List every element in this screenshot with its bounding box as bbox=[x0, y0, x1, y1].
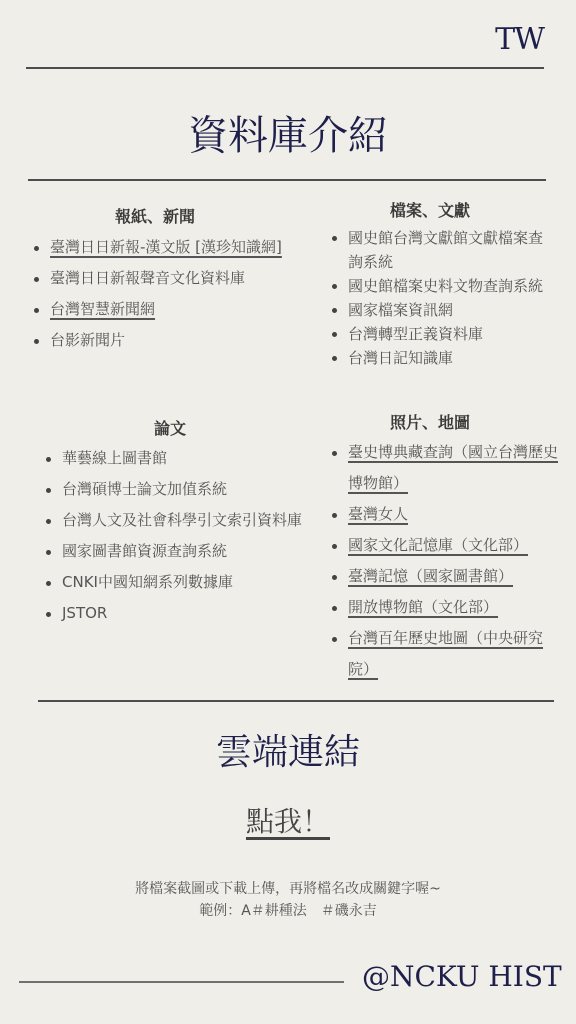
section-heading-newspapers: 報紙、新聞 bbox=[60, 204, 250, 227]
divider-cloud bbox=[38, 700, 554, 702]
list-item: 台灣轉型正義資料庫 bbox=[330, 322, 550, 346]
upload-note: 將檔案截圖或下載上傳，再將檔名改成關鍵字喔~ 範例：A＃耕種法 ＃磯永吉 bbox=[0, 878, 576, 922]
list-item: 台影新聞片 bbox=[32, 325, 302, 356]
cloud-title: 雲端連結 bbox=[0, 724, 576, 775]
list-item: 台灣日記知識庫 bbox=[330, 346, 550, 370]
list-item[interactable]: 臺灣日日新報-漢文版 [漢珍知識網] bbox=[32, 232, 302, 263]
list-item: 國史館檔案史料文物查詢系統 bbox=[330, 274, 550, 298]
link-taiwan-historical-maps[interactable]: 台灣百年歷史地圖（中央研究院） bbox=[348, 629, 543, 678]
list-item: 國史館台灣文獻館文獻檔案查詢系統 bbox=[330, 226, 550, 274]
link-taiwan-women[interactable]: 臺灣女人 bbox=[348, 505, 408, 523]
item-label: 臺灣日日新報聲音文化資料庫 bbox=[50, 269, 245, 287]
item-label: 國史館檔案史料文物查詢系統 bbox=[348, 277, 543, 295]
list-item[interactable]: 國家文化記憶庫（文化部） bbox=[330, 530, 564, 561]
list-item[interactable]: 台灣智慧新聞網 bbox=[32, 294, 302, 325]
link-open-museum[interactable]: 開放博物館（文化部） bbox=[348, 598, 498, 616]
list-item: 臺灣日日新報聲音文化資料庫 bbox=[32, 263, 302, 294]
item-label: JSTOR bbox=[62, 604, 107, 622]
list-item: 國家圖書館資源查詢系統 bbox=[44, 536, 304, 567]
section-heading-photos-maps: 照片、地圖 bbox=[340, 410, 520, 433]
list-item: 台灣人文及社會科學引文索引資料庫 bbox=[44, 505, 304, 536]
list-item[interactable]: 臺灣記憶（國家圖書館） bbox=[330, 561, 564, 592]
section-heading-archives: 檔案、文獻 bbox=[340, 198, 520, 221]
link-nmth-collection[interactable]: 臺史博典藏查詢（國立台灣歷史博物館） bbox=[348, 443, 558, 492]
item-label: CNKI中國知網系列數據庫 bbox=[62, 573, 233, 591]
footer-handle: @NCKU HIST bbox=[362, 960, 562, 993]
list-item[interactable]: 臺史博典藏查詢（國立台灣歷史博物館） bbox=[330, 437, 564, 499]
upload-note-line-1: 將檔案截圖或下載上傳，再將檔名改成關鍵字喔~ bbox=[0, 878, 576, 900]
link-national-cultural-memory[interactable]: 國家文化記憶庫（文化部） bbox=[348, 536, 528, 554]
item-label: 華藝線上圖書館 bbox=[62, 449, 167, 467]
divider-footer bbox=[19, 981, 344, 983]
archives-list: 國史館台灣文獻館文獻檔案查詢系統 國史館檔案史料文物查詢系統 國家檔案資訊網 台… bbox=[330, 226, 550, 370]
list-item: 台灣碩博士論文加值系統 bbox=[44, 474, 304, 505]
newspapers-list: 臺灣日日新報-漢文版 [漢珍知識網] 臺灣日日新報聲音文化資料庫 台灣智慧新聞網… bbox=[32, 232, 302, 356]
item-label: 國家檔案資訊網 bbox=[348, 301, 453, 319]
list-item: JSTOR bbox=[44, 598, 304, 629]
page-title: 資料庫介紹 bbox=[0, 104, 576, 161]
corner-label: TW bbox=[495, 22, 544, 57]
list-item: CNKI中國知網系列數據庫 bbox=[44, 567, 304, 598]
link-taiwan-nichinichi-hanwen[interactable]: 臺灣日日新報-漢文版 [漢珍知識網] bbox=[50, 238, 282, 256]
list-item[interactable]: 開放博物館（文化部） bbox=[330, 592, 564, 623]
photos-maps-list: 臺史博典藏查詢（國立台灣歷史博物館） 臺灣女人 國家文化記憶庫（文化部） 臺灣記… bbox=[330, 437, 564, 685]
item-label: 台灣轉型正義資料庫 bbox=[348, 325, 483, 343]
divider-title bbox=[28, 179, 546, 181]
list-item[interactable]: 台灣百年歷史地圖（中央研究院） bbox=[330, 623, 564, 685]
list-item: 國家檔案資訊網 bbox=[330, 298, 550, 322]
item-label: 國史館台灣文獻館文獻檔案查詢系統 bbox=[348, 229, 543, 271]
item-label: 台灣人文及社會科學引文索引資料庫 bbox=[62, 511, 302, 529]
click-me-button[interactable]: 點我！ bbox=[246, 805, 330, 838]
link-taiwan-smart-news[interactable]: 台灣智慧新聞網 bbox=[50, 300, 155, 318]
click-me-wrap: 點我！ bbox=[0, 800, 576, 840]
divider-top bbox=[26, 67, 544, 69]
item-label: 台灣日記知識庫 bbox=[348, 349, 453, 367]
list-item[interactable]: 臺灣女人 bbox=[330, 499, 564, 530]
item-label: 國家圖書館資源查詢系統 bbox=[62, 542, 227, 560]
item-label: 台灣碩博士論文加值系統 bbox=[62, 480, 227, 498]
list-item: 華藝線上圖書館 bbox=[44, 443, 304, 474]
link-taiwan-memory[interactable]: 臺灣記憶（國家圖書館） bbox=[348, 567, 513, 585]
upload-note-line-2: 範例：A＃耕種法 ＃磯永吉 bbox=[0, 900, 576, 922]
section-heading-theses: 論文 bbox=[80, 416, 260, 439]
item-label: 台影新聞片 bbox=[50, 331, 125, 349]
theses-list: 華藝線上圖書館 台灣碩博士論文加值系統 台灣人文及社會科學引文索引資料庫 國家圖… bbox=[44, 443, 304, 629]
